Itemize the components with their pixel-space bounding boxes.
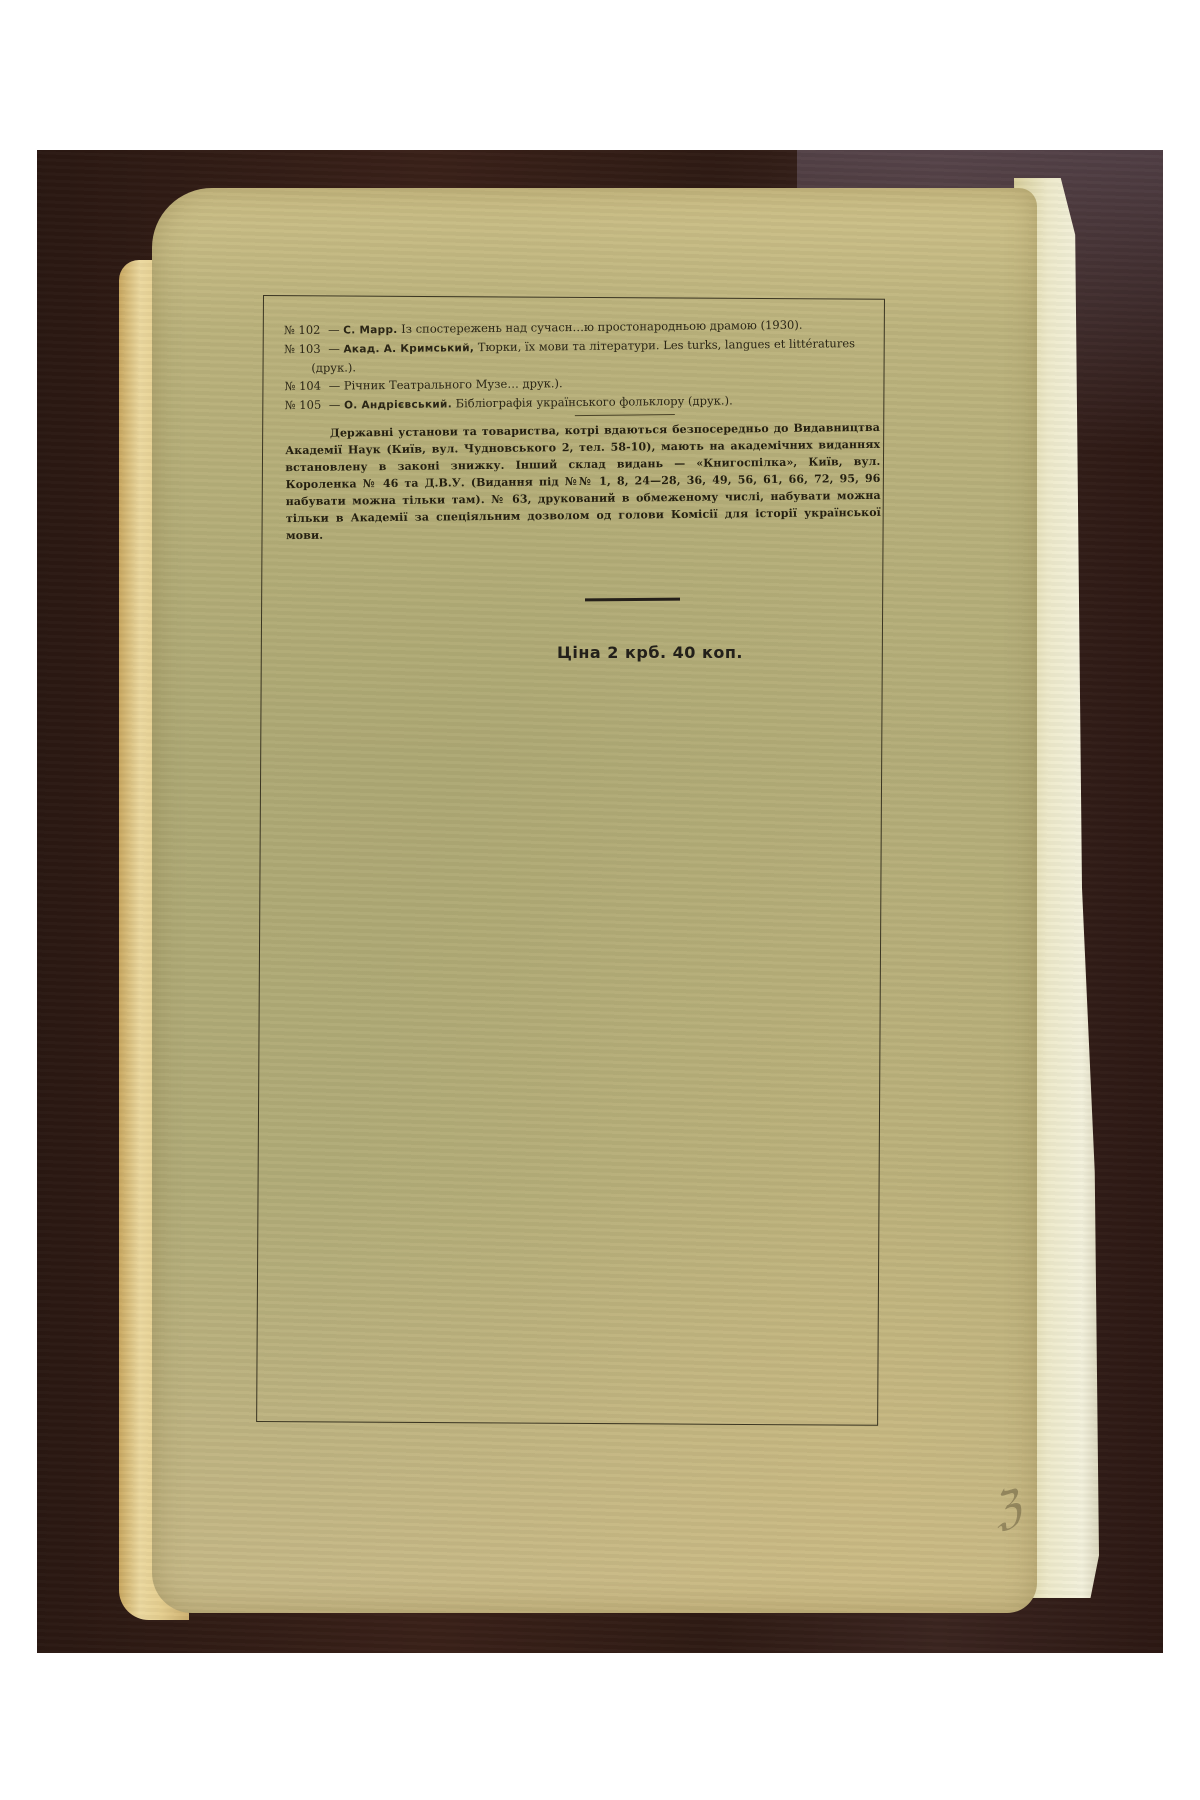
publication-listing: № 102 — С. Марр. Із спостережень над суч… xyxy=(284,315,881,544)
publication-title: Річник Театрального Музе… друк.). xyxy=(344,376,563,392)
publication-number: № 104 xyxy=(284,379,321,393)
notice-text: Державні установи та товариства, котрі в… xyxy=(285,421,881,542)
publication-number: № 103 xyxy=(284,342,321,356)
page-stack-left-edge xyxy=(119,260,189,1620)
price-label: Ціна 2 крб. 40 коп. xyxy=(520,643,780,662)
publication-title: Бібліографія українського фольклору (дру… xyxy=(456,393,733,410)
publication-author: О. Андрієвський. xyxy=(344,398,452,411)
publication-title: Тюрки, їх мови та літератури. Les turks,… xyxy=(311,336,855,375)
publication-number: № 102 xyxy=(284,323,321,337)
distribution-notice: Державні установи та товариства, котрі в… xyxy=(285,419,881,544)
section-divider xyxy=(575,414,675,416)
publication-author: С. Марр. xyxy=(343,324,397,337)
publication-item: № 103 — Акад. А. Кримський, Тюрки, їх мо… xyxy=(284,334,879,377)
publication-author: Акад. А. Кримський, xyxy=(343,342,474,355)
publication-number: № 105 xyxy=(285,398,322,412)
publication-title: Із спостережень над сучасн…ю простонарод… xyxy=(401,318,802,336)
spine-right-edge xyxy=(1014,178,1099,1598)
